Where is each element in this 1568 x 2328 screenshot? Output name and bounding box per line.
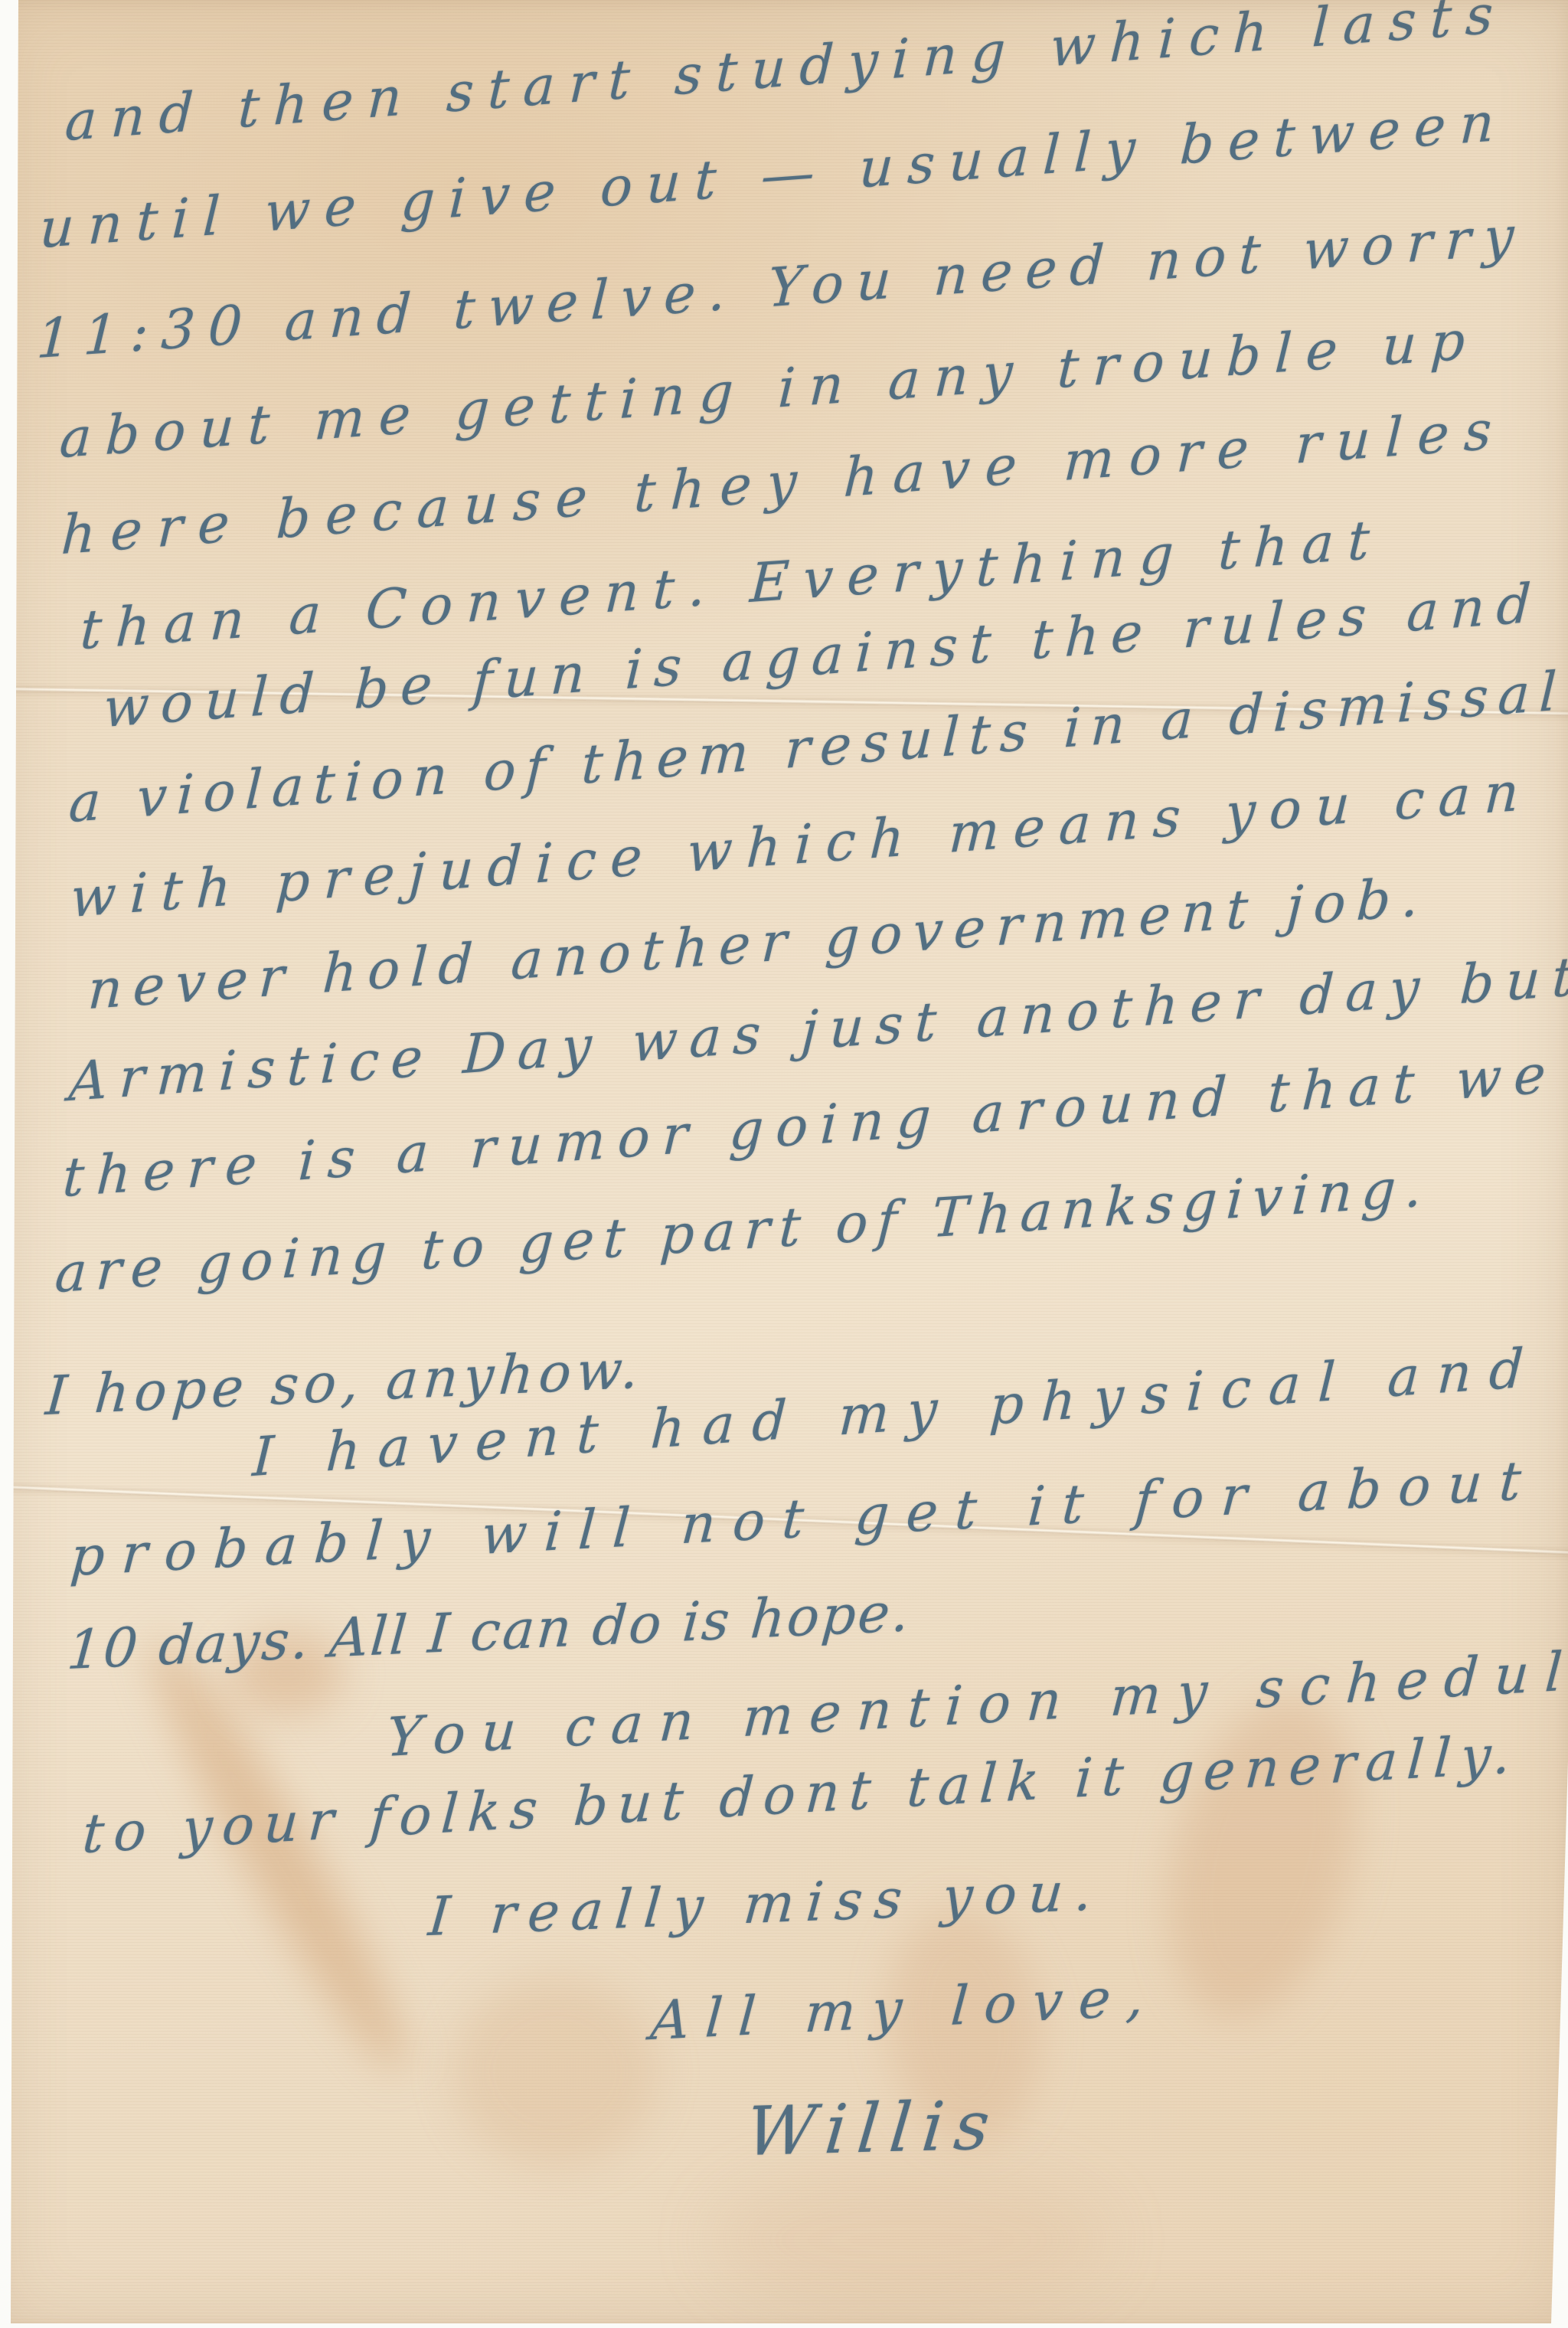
letter-line: 10 days. All I can do is hope. [65, 1581, 913, 1682]
letter-text: and then start studying which lasts unti… [0, 0, 1568, 2328]
letter-line: I really miss you. [426, 1859, 1106, 1948]
scanned-letter-page: and then start studying which lasts unti… [0, 0, 1568, 2328]
letter-paper: and then start studying which lasts unti… [0, 0, 1568, 2328]
signature: Willis [743, 2085, 1004, 2171]
closing-line: All my love, [648, 1964, 1162, 2052]
